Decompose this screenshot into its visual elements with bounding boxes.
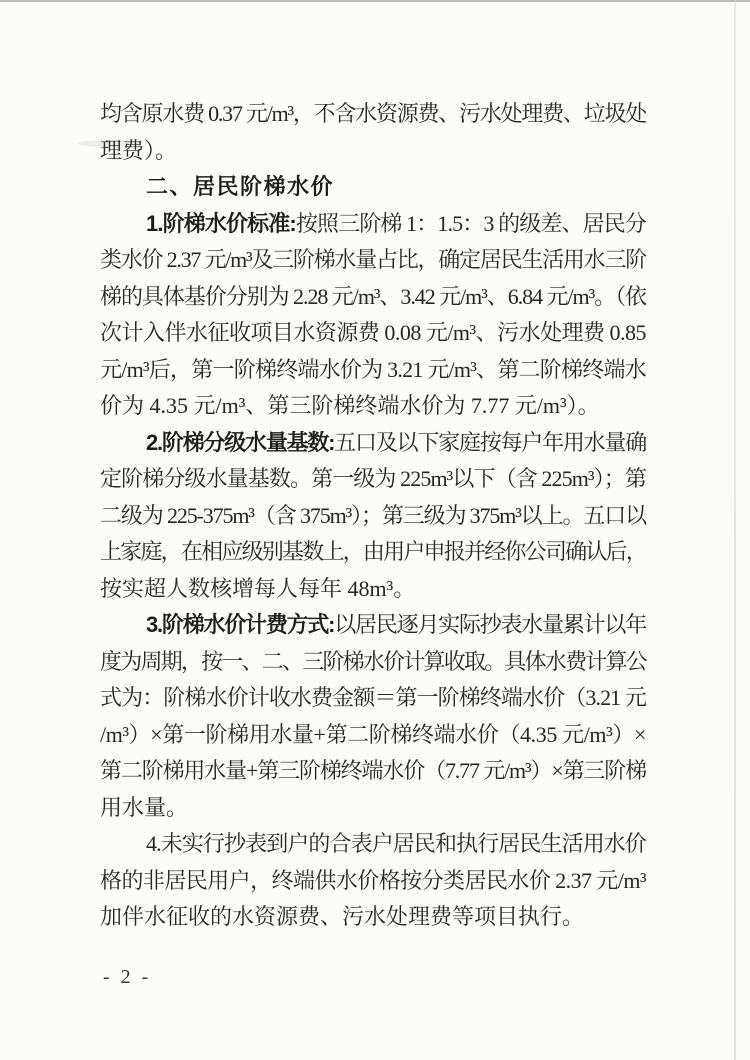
text-segment: 类水价 2.37 元/m³及三阶梯水量占比，确定居民生活用水三阶 — [100, 247, 646, 272]
text-line: /m³）×第一阶梯用水量+第二阶梯终端水价（4.35 元/m³）× — [100, 717, 646, 754]
text-segment: 均含原水费 0.37 元/m³，不含水资源费、污水处理费、垃圾处 — [100, 101, 646, 126]
text-segment: 第二阶梯用水量+第三阶梯终端水价（7.77 元/m³）×第三阶梯 — [100, 758, 646, 783]
text-line: 元/m³后，第一阶梯终端水价为 3.21 元/m³、第二阶梯终端水 — [100, 352, 646, 389]
text-line: 二级为 225-375m³（含 375m³）；第三级为 375m³以上。五口以 — [100, 498, 646, 535]
text-segment: 加伴水征收的水资源费、污水处理费等项目执行。 — [100, 904, 584, 929]
text-segment: 次计入伴水征收项目水资源费 0.08 元/m³、污水处理费 0.85 — [100, 320, 646, 345]
text-line: 格的非居民用户，终端供水价格按分类居民水价 2.37 元/m³ — [100, 863, 646, 900]
text-line: 4.未实行抄表到户的合表户居民和执行居民生活用水价 — [100, 826, 646, 863]
text-line: 价为 4.35 元/m³、第三阶梯终端水价为 7.77 元/m³）。 — [100, 388, 646, 425]
text-line: 理费）。 — [100, 133, 646, 170]
text-segment: 度为周期，按一、二、三阶梯水价计算收取。具体水费计算公 — [100, 649, 646, 674]
text-segment: 格的非居民用户，终端供水价格按分类居民水价 2.37 元/m³ — [100, 868, 646, 893]
scan-top-edge-artifact — [0, 0, 750, 2]
text-segment: 按照三阶梯 1：1.5：3 的级差、居民分 — [296, 211, 646, 236]
text-segment: 上家庭，在相应级别基数上，由用户申报并经你公司确认后， — [100, 539, 646, 564]
text-line: 按实超人数核增每人每年 48m³。 — [100, 571, 646, 608]
text-line: 1.阶梯水价标准:按照三阶梯 1：1.5：3 的级差、居民分 — [100, 206, 646, 243]
scan-right-edge-artifact — [734, 0, 736, 1060]
text-segment: 理费）。 — [100, 138, 177, 163]
text-line: 3.阶梯水价计费方式:以居民逐月实际抄表水量累计以年 — [100, 607, 646, 644]
text-segment: 定阶梯分级水量基数。第一级为 225m³以下（含 225m³）；第 — [100, 466, 646, 491]
text-line: 度为周期，按一、二、三阶梯水价计算收取。具体水费计算公 — [100, 644, 646, 681]
text-line: 式为：阶梯水价计收水费金额＝第一阶梯终端水价（3.21 元 — [100, 680, 646, 717]
text-segment: 用水量。 — [100, 795, 188, 820]
text-line: 类水价 2.37 元/m³及三阶梯水量占比，确定居民生活用水三阶 — [100, 242, 646, 279]
text-line: 均含原水费 0.37 元/m³，不含水资源费、污水处理费、垃圾处 — [100, 96, 646, 133]
text-line: 梯的具体基价分别为 2.28 元/m³、3.42 元/m³、6.84 元/m³。… — [100, 279, 646, 316]
bold-text-segment: 1.阶梯水价标准: — [146, 211, 296, 236]
text-line: 次计入伴水征收项目水资源费 0.08 元/m³、污水处理费 0.85 — [100, 315, 646, 352]
text-segment: 二级为 225-375m³（含 375m³）；第三级为 375m³以上。五口以 — [100, 503, 646, 528]
text-line: 用水量。 — [100, 790, 646, 827]
page-number: - 2 - — [103, 964, 151, 990]
text-line: 定阶梯分级水量基数。第一级为 225m³以下（含 225m³）；第 — [100, 461, 646, 498]
text-line: 加伴水征收的水资源费、污水处理费等项目执行。 — [100, 899, 646, 936]
text-segment: 五口及以下家庭按每户年用水量确 — [334, 430, 646, 455]
text-segment: 4.未实行抄表到户的合表户居民和执行居民生活用水价 — [146, 831, 646, 856]
text-segment: 梯的具体基价分别为 2.28 元/m³、3.42 元/m³、6.84 元/m³。… — [100, 284, 646, 309]
bold-text-segment: 3.阶梯水价计费方式: — [146, 612, 334, 637]
text-segment: 元/m³后，第一阶梯终端水价为 3.21 元/m³、第二阶梯终端水 — [100, 357, 646, 382]
text-line: 第二阶梯用水量+第三阶梯终端水价（7.77 元/m³）×第三阶梯 — [100, 753, 646, 790]
document-body: 均含原水费 0.37 元/m³，不含水资源费、污水处理费、垃圾处理费）。二、居民… — [100, 96, 646, 936]
text-line: 2.阶梯分级水量基数:五口及以下家庭按每户年用水量确 — [100, 425, 646, 462]
text-line: 上家庭，在相应级别基数上，由用户申报并经你公司确认后， — [100, 534, 646, 571]
text-segment: /m³）×第一阶梯用水量+第二阶梯终端水价（4.35 元/m³）× — [100, 722, 646, 747]
bold-text-segment: 二、居民阶梯水价 — [146, 174, 334, 199]
bold-text-segment: 2.阶梯分级水量基数: — [146, 430, 334, 455]
section-heading: 二、居民阶梯水价 — [100, 169, 646, 206]
text-segment: 按实超人数核增每人每年 48m³。 — [100, 576, 415, 601]
document-page: 均含原水费 0.37 元/m³，不含水资源费、污水处理费、垃圾处理费）。二、居民… — [0, 0, 750, 1060]
text-segment: 价为 4.35 元/m³、第三阶梯终端水价为 7.77 元/m³）。 — [100, 393, 600, 418]
text-segment: 以居民逐月实际抄表水量累计以年 — [334, 612, 646, 637]
text-segment: 式为：阶梯水价计收水费金额＝第一阶梯终端水价（3.21 元 — [100, 685, 646, 710]
